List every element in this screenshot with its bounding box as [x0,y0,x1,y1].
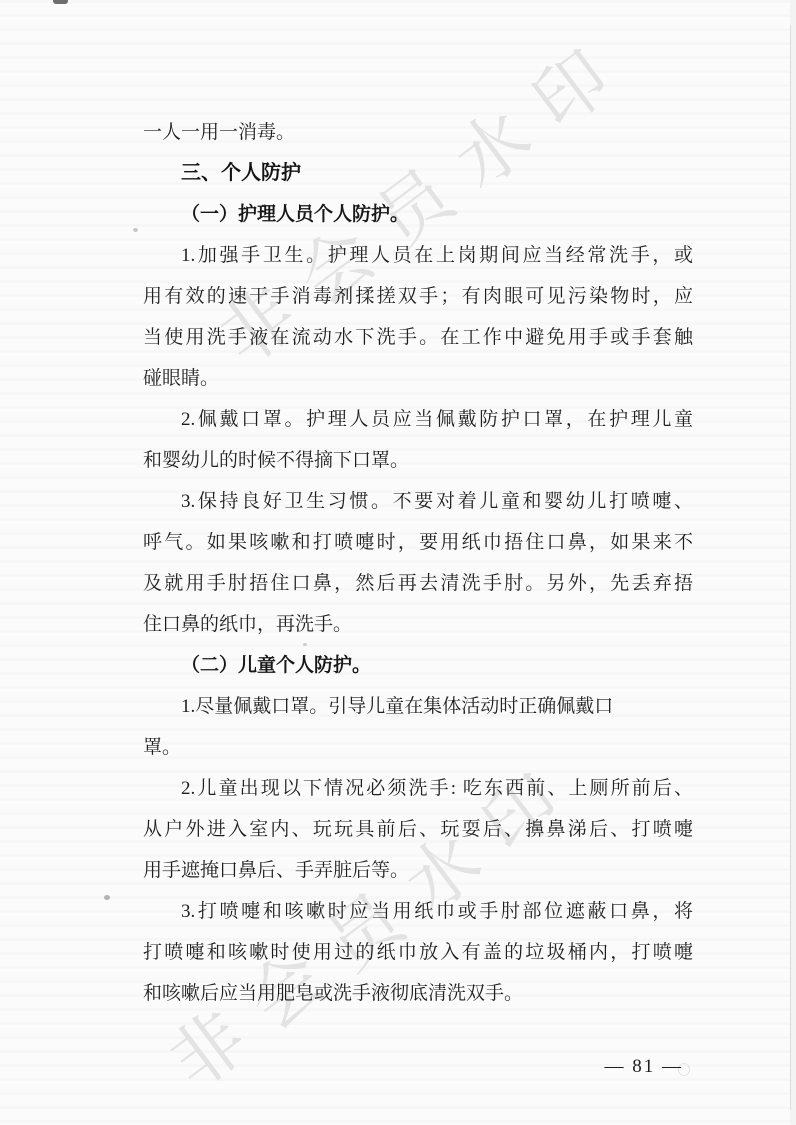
text-line: （一）护理人员个人防护。 [143,194,693,235]
text-line: 三、个人防护 [143,153,693,194]
text-line: 2.儿童出现以下情况必须洗手: 吃东西前、上厕所前后、 [143,768,693,809]
text-line: 1.尽量佩戴口罩。引导儿童在集体活动时正确佩戴口 [143,686,693,727]
text-line: 呼气。如果咳嗽和打喷嚏时，要用纸巾捂住口鼻，如果来不 [143,522,693,563]
text-line: 1.加强手卫生。护理人员在上岗期间应当经常洗手，或 [143,235,693,276]
scan-speck [133,228,138,232]
text-line: 碰眼睛。 [143,358,693,399]
scanned-document-page: 非会员水印 非会员水印 一人一用一消毒。三、个人防护（一）护理人员个人防护。1.… [0,0,796,1125]
text-line: 一人一用一消毒。 [143,112,693,153]
text-line: 住口鼻的纸巾，再洗手。 [143,604,693,645]
text-line: 用有效的速干手消毒剂揉搓双手；有肉眼可见污染物时，应 [143,276,693,317]
document-body: 一人一用一消毒。三、个人防护（一）护理人员个人防护。1.加强手卫生。护理人员在上… [143,112,693,1014]
text-line: 打喷嚏和咳嗽时使用过的纸巾放入有盖的垃圾桶内，打喷嚏 [143,932,693,973]
page-number: — 81 — [605,1046,684,1087]
text-line: 3.打喷嚏和咳嗽时应当用纸巾或手肘部位遮蔽口鼻，将 [143,891,693,932]
text-line: 2.佩戴口罩。护理人员应当佩戴防护口罩，在护理儿童 [143,399,693,440]
text-line: （二）儿童个人防护。 [143,645,693,686]
text-line: 3.保持良好卫生习惯。不要对着儿童和婴幼儿打喷嚏、 [143,481,693,522]
text-line: 和婴幼儿的时候不得摘下口罩。 [143,440,693,481]
text-line: 当使用洗手液在流动水下洗手。在工作中避免用手或手套触 [143,317,693,358]
scan-speck [104,895,110,900]
page-edge-line [790,25,791,1110]
text-line: 用手遮掩口鼻后、手弄脏后等。 [143,850,693,891]
scan-smudge [53,0,68,4]
text-line: 及就用手肘捂住口鼻，然后再去清洗手肘。另外，先丢弃捂 [143,563,693,604]
text-line: 和咳嗽后应当用肥皂或洗手液彻底清洗双手。 [143,973,693,1014]
text-line: 从户外进入室内、玩玩具前后、玩耍后、擤鼻涕后、打喷嚏 [143,809,693,850]
text-line: 罩。 [143,727,693,768]
